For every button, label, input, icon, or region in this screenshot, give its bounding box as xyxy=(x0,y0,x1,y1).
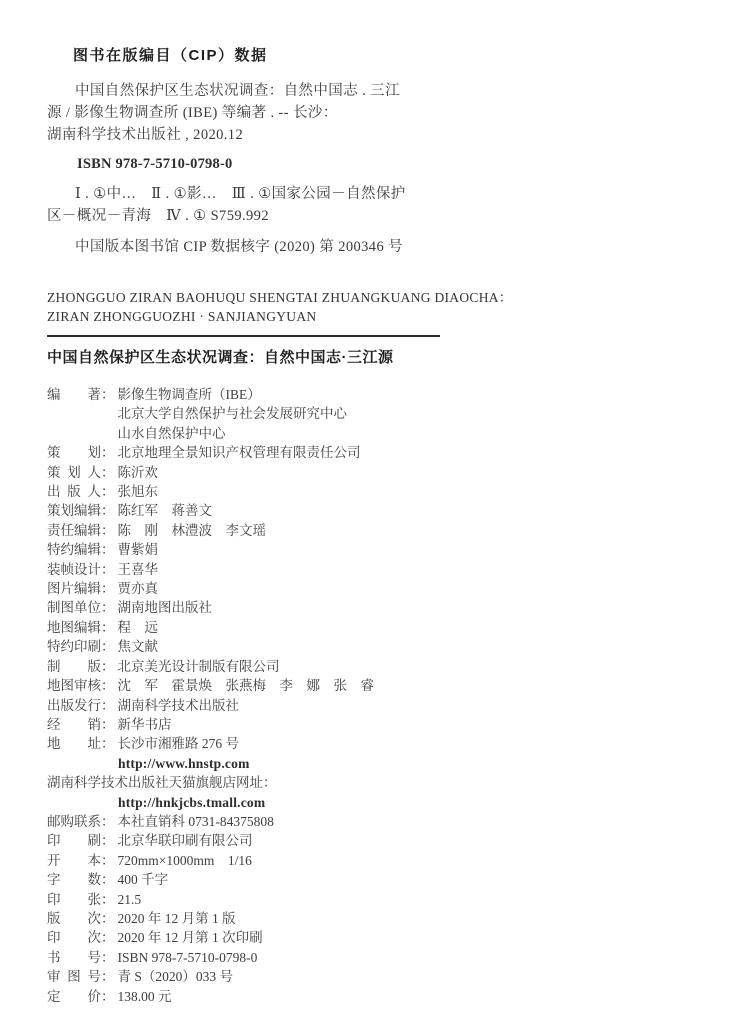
colophon-row: 装帧设计：王喜华 xyxy=(47,560,690,579)
row-label: 定价 xyxy=(47,987,101,1006)
colophon-row: 审图号：青 S（2020）033 号 xyxy=(47,967,690,986)
row-label: 装帧设计 xyxy=(47,560,101,579)
publisher-url-row: http://www.hnstp.com xyxy=(47,754,690,773)
row-label: 出版人 xyxy=(47,482,101,501)
row-colon: ： xyxy=(101,482,115,501)
row-colon: ： xyxy=(101,928,115,947)
row-colon: ： xyxy=(101,443,115,462)
row-value: 长沙市湘雅路 276 号 xyxy=(118,734,240,753)
colophon-row: 定价：138.00 元 xyxy=(47,987,690,1006)
row-colon: ： xyxy=(101,715,115,734)
row-label: 地图审核 xyxy=(47,676,101,695)
row-value: 贾亦真 xyxy=(118,579,159,598)
colophon-row: 印张：21.5 xyxy=(47,890,690,909)
row-value: 新华书店 xyxy=(118,715,172,734)
colophon-row: 地址：长沙市湘雅路 276 号 xyxy=(47,734,690,753)
row-value: 400 千字 xyxy=(118,870,169,889)
row-value: 138.00 元 xyxy=(118,987,172,1006)
row-colon: ： xyxy=(101,831,115,850)
row-value: 青 S（2020）033 号 xyxy=(118,967,234,986)
cip-classification: Ⅰ . ①中… Ⅱ . ①影… Ⅲ . ①国家公园－自然保护 区－概况－青海 Ⅳ… xyxy=(47,183,690,227)
row-value: 陈红军 蒋善文 xyxy=(118,501,213,520)
row-label: 制版 xyxy=(47,657,101,676)
row-colon: ： xyxy=(101,696,115,715)
row-label: 地址 xyxy=(47,734,101,753)
row-value: 陈 刚 林澧波 李文瑶 xyxy=(118,521,267,540)
row-value-stack: 影像生物调查所（IBE） 北京大学自然保护与社会发展研究中心 山水自然保护中心 xyxy=(118,385,348,443)
row-label: 责任编辑 xyxy=(47,521,101,540)
row-colon: ： xyxy=(101,385,115,443)
colophon-row: 特约编辑：曹紫娟 xyxy=(47,540,690,559)
row-colon: ： xyxy=(101,812,115,831)
cip-classification-line: Ⅰ . ①中… Ⅱ . ①影… Ⅲ . ①国家公园－自然保护 xyxy=(47,183,690,205)
row-colon: ： xyxy=(101,501,115,520)
row-label: 策划编辑 xyxy=(47,501,101,520)
tmall-url: http://hnkjcbs.tmall.com xyxy=(118,793,265,812)
row-colon: ： xyxy=(101,657,115,676)
row-value: 北京美光设计制版有限公司 xyxy=(118,657,280,676)
row-label: 邮购联系 xyxy=(47,812,101,831)
publisher-url: http://www.hnstp.com xyxy=(118,754,250,773)
row-colon: ： xyxy=(101,987,115,1006)
row-value: 王喜华 xyxy=(118,560,159,579)
row-label: 版次 xyxy=(47,909,101,928)
colophon-row: 邮购联系：本社直销科 0731-84375808 xyxy=(47,812,690,831)
row-label: 字数 xyxy=(47,870,101,889)
row-value: 21.5 xyxy=(118,890,142,909)
row-label: 开本 xyxy=(47,851,101,870)
row-value: 湖南地图出版社 xyxy=(118,598,213,617)
row-value: 720mm×1000mm 1/16 xyxy=(118,851,252,870)
row-value: 程 远 xyxy=(118,618,159,637)
cip-description-line: 湖南科学技术出版社 , 2020.12 xyxy=(47,124,690,146)
colophon-row: 制版：北京美光设计制版有限公司 xyxy=(47,657,690,676)
book-title: 中国自然保护区生态状况调查：自然中国志·三江源 xyxy=(47,346,690,367)
cip-description-line: 中国自然保护区生态状况调查：自然中国志 . 三江 xyxy=(47,80,690,102)
row-colon: ： xyxy=(101,948,115,967)
colophon-row: 版次：2020 年 12 月第 1 版 xyxy=(47,909,690,928)
row-label: 审图号 xyxy=(47,967,101,986)
row-colon: ： xyxy=(101,870,115,889)
row-colon: ： xyxy=(101,521,115,540)
colophon-row: 开本：720mm×1000mm 1/16 xyxy=(47,851,690,870)
tmall-store-note-row: 湖南科学技术出版社天猫旗舰店网址： xyxy=(47,773,690,792)
colophon-row: 责任编辑：陈 刚 林澧波 李文瑶 xyxy=(47,521,690,540)
colophon-row: 制图单位：湖南地图出版社 xyxy=(47,598,690,617)
row-label: 经销 xyxy=(47,715,101,734)
cip-heading: 图书在版编目（CIP）数据 xyxy=(73,44,690,65)
row-colon: ： xyxy=(101,734,115,753)
cip-description-line: 源 / 影像生物调查所 (IBE) 等编著 . -- 长沙： xyxy=(47,102,690,124)
row-colon: ： xyxy=(101,560,115,579)
row-value-line: 影像生物调查所（IBE） xyxy=(118,385,348,404)
row-value: 曹紫娟 xyxy=(118,540,159,559)
row-value: 北京地理全景知识产权管理有限责任公司 xyxy=(118,443,361,462)
cip-section: 图书在版编目（CIP）数据 中国自然保护区生态状况调查：自然中国志 . 三江 源… xyxy=(47,44,690,258)
row-colon: ： xyxy=(101,851,115,870)
title-divider xyxy=(47,335,440,337)
row-value: 焦文献 xyxy=(118,637,159,656)
colophon-row: 图片编辑：贾亦真 xyxy=(47,579,690,598)
colophon-row: 地图审核：沈 军 霍景焕 张燕梅 李 娜 张 睿 xyxy=(47,676,690,695)
row-label: 图片编辑 xyxy=(47,579,101,598)
row-label: 制图单位 xyxy=(47,598,101,617)
row-label: 出版发行 xyxy=(47,696,101,715)
cip-classification-line: 区－概况－青海 Ⅳ . ① S759.992 xyxy=(47,205,690,227)
row-colon: ： xyxy=(101,676,115,695)
row-value: 2020 年 12 月第 1 版 xyxy=(118,909,236,928)
colophon-row: 策划人：陈沂欢 xyxy=(47,463,690,482)
tmall-url-row: http://hnkjcbs.tmall.com xyxy=(47,793,690,812)
row-label: 策划 xyxy=(47,443,101,462)
pinyin-title-line-2: ZIRAN ZHONGGUOZHI · SANJIANGYUAN xyxy=(47,307,690,326)
colophon-row: 策划编辑：陈红军 蒋善文 xyxy=(47,501,690,520)
colophon-row: 印次：2020 年 12 月第 1 次印刷 xyxy=(47,928,690,947)
title-section: ZHONGGUO ZIRAN BAOHUQU SHENGTAI ZHUANGKU… xyxy=(47,288,690,367)
colophon-row: 书号：ISBN 978-7-5710-0798-0 xyxy=(47,948,690,967)
colophon-row: 出版人：张旭东 xyxy=(47,482,690,501)
row-colon: ： xyxy=(101,598,115,617)
row-colon: ： xyxy=(101,618,115,637)
colophon-row: 特约印刷：焦文献 xyxy=(47,637,690,656)
row-colon: ： xyxy=(101,463,115,482)
row-label: 印次 xyxy=(47,928,101,947)
row-label: 特约印刷 xyxy=(47,637,101,656)
colophon-row: 策划：北京地理全景知识产权管理有限责任公司 xyxy=(47,443,690,462)
row-value-line: 山水自然保护中心 xyxy=(118,424,348,443)
row-value: 湖南科学技术出版社 xyxy=(118,696,240,715)
colophon-row: 字数：400 千字 xyxy=(47,870,690,889)
row-label: 特约编辑 xyxy=(47,540,101,559)
row-colon: ： xyxy=(101,540,115,559)
colophon-row-editors: 编著： 影像生物调查所（IBE） 北京大学自然保护与社会发展研究中心 山水自然保… xyxy=(47,385,690,443)
row-value-line: 北京大学自然保护与社会发展研究中心 xyxy=(118,404,348,423)
colophon-row: 地图编辑：程 远 xyxy=(47,618,690,637)
book-copyright-page: 图书在版编目（CIP）数据 中国自然保护区生态状况调查：自然中国志 . 三江 源… xyxy=(0,0,730,1031)
colophon-row: 出版发行：湖南科学技术出版社 xyxy=(47,696,690,715)
row-value: 北京华联印刷有限公司 xyxy=(118,831,253,850)
row-colon: ： xyxy=(101,967,115,986)
row-label: 地图编辑 xyxy=(47,618,101,637)
row-label: 印张 xyxy=(47,890,101,909)
row-colon: ： xyxy=(101,890,115,909)
colophon-row: 印刷：北京华联印刷有限公司 xyxy=(47,831,690,850)
cip-description: 中国自然保护区生态状况调查：自然中国志 . 三江 源 / 影像生物调查所 (IB… xyxy=(47,80,690,146)
tmall-store-note: 湖南科学技术出版社天猫旗舰店网址： xyxy=(47,773,277,792)
row-value: 陈沂欢 xyxy=(118,463,159,482)
row-colon: ： xyxy=(101,637,115,656)
row-value: 本社直销科 0731-84375808 xyxy=(118,812,274,831)
cip-isbn: ISBN 978-7-5710-0798-0 xyxy=(77,153,690,175)
row-colon: ： xyxy=(101,579,115,598)
colophon-row: 经销：新华书店 xyxy=(47,715,690,734)
pinyin-title-line-1: ZHONGGUO ZIRAN BAOHUQU SHENGTAI ZHUANGKU… xyxy=(47,288,690,307)
row-label: 印刷 xyxy=(47,831,101,850)
row-value: ISBN 978-7-5710-0798-0 xyxy=(118,948,258,967)
row-value: 2020 年 12 月第 1 次印刷 xyxy=(118,928,263,947)
colophon-section: 编著： 影像生物调查所（IBE） 北京大学自然保护与社会发展研究中心 山水自然保… xyxy=(47,385,690,1006)
row-value: 张旭东 xyxy=(118,482,159,501)
row-colon: ： xyxy=(101,909,115,928)
pinyin-title: ZHONGGUO ZIRAN BAOHUQU SHENGTAI ZHUANGKU… xyxy=(47,288,690,326)
row-label: 策划人 xyxy=(47,463,101,482)
row-label: 编著 xyxy=(47,385,101,443)
row-label: 书号 xyxy=(47,948,101,967)
cip-record-number: 中国版本图书馆 CIP 数据核字 (2020) 第 200346 号 xyxy=(47,236,690,258)
row-value: 沈 军 霍景焕 张燕梅 李 娜 张 睿 xyxy=(118,676,375,695)
